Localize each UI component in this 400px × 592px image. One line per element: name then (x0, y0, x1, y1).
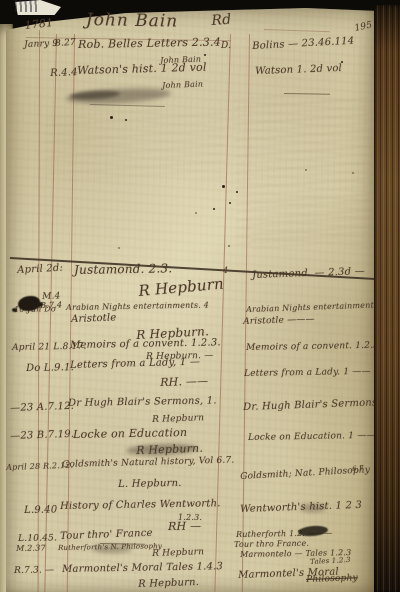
entry-date: R.7.3. — (14, 566, 54, 576)
borrower-name: John Bain (86, 12, 179, 31)
entry-date: Do L.9.1. (26, 363, 74, 374)
ink-dot (352, 172, 354, 174)
ink-dot (213, 208, 215, 210)
bleed-through (44, 108, 225, 181)
entry-date: L.10.45. (18, 534, 57, 544)
entry-volume-note: D. (221, 42, 231, 51)
entry-signature: RH — (168, 520, 201, 532)
ink-dot (228, 245, 230, 247)
ink-dot (236, 191, 238, 193)
returned-mark: Rd (211, 13, 232, 28)
entry-volume-note: 4 (223, 267, 228, 275)
ink-dot (195, 212, 197, 214)
ink-smudge (300, 504, 326, 512)
ink-blot (12, 308, 17, 312)
ink-dot (118, 247, 120, 249)
entry-signature: John Bain (162, 81, 203, 90)
ink-dot (204, 54, 206, 56)
entry-signature: R Hepburn. (138, 578, 199, 590)
ledger-page-scan: 1781 John Bain Rd 195 Janry 9 B.27 Rob. … (0, 0, 400, 592)
book-fore-edge (374, 5, 400, 592)
entry-signature: RH. —— (160, 375, 208, 388)
entry-date: M.2.37 (16, 544, 46, 553)
entry-title: Aristotle (71, 313, 117, 325)
entry-return-note: 6.7 (352, 465, 364, 473)
year-label: 1781 (24, 17, 54, 31)
ink-dot (305, 169, 307, 171)
entry-signature: R Hepburn (152, 548, 204, 559)
entry-title: Locke on Education (73, 427, 187, 440)
entry-title: Rob. Belles Letters 2.3.4 (78, 37, 221, 50)
entry-title: Justamond. 2.3. (74, 262, 172, 276)
ink-smudge (92, 545, 132, 553)
entry-return-note-struck: Philosophy (306, 574, 358, 585)
entry-shelfmark: B.27 (54, 39, 76, 49)
ink-dot (110, 116, 113, 119)
entry-shelfmark: R.4.4 (50, 68, 78, 79)
ink-dot (125, 119, 127, 121)
binding-threads (15, 0, 37, 12)
entry-title: Watson's hist. 1 2d vol (77, 62, 207, 76)
entry-signature: L. Hepburn. (118, 479, 182, 490)
ink-dot (341, 61, 343, 63)
entry-signature: R Hepburn (152, 414, 204, 425)
entry-date: L.9.40 (24, 505, 57, 516)
ink-blot (36, 302, 43, 307)
ink-dot (229, 202, 231, 204)
bleed-through (250, 194, 371, 251)
entry-return-note: Tour thro France. (234, 540, 309, 549)
ink-dot (222, 185, 225, 188)
